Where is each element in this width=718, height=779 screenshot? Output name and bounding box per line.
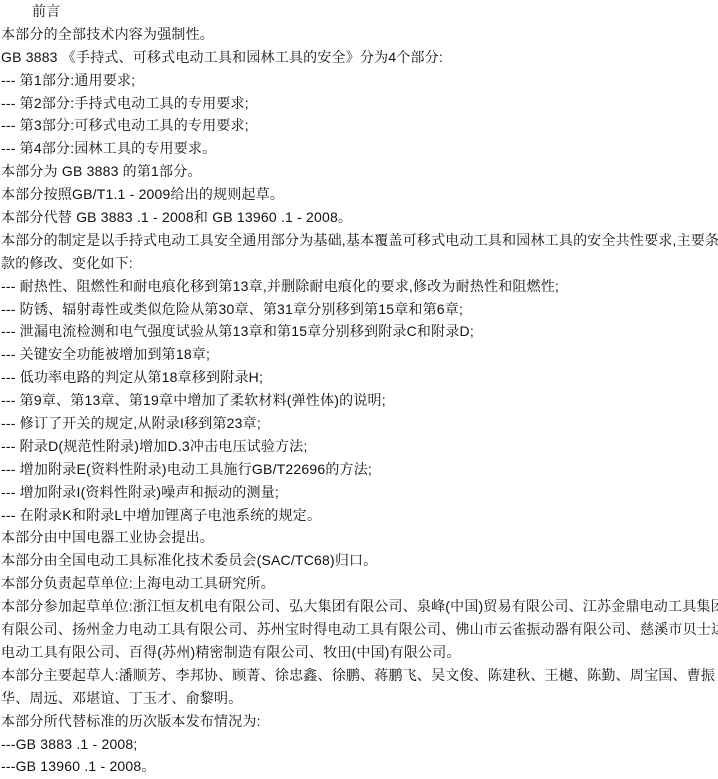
text-line: --- 增加附录I(资料性附录)噪声和振动的测量; bbox=[1, 481, 718, 504]
document: 前言 本部分的全部技术内容为强制性。GB 3883 《手持式、可移式电动工具和园… bbox=[0, 0, 718, 778]
text-line: --- 第1部分:通用要求; bbox=[1, 69, 718, 92]
doc-heading: 前言 bbox=[1, 0, 718, 23]
text-line: 本部分由中国电器工业协会提出。 bbox=[1, 526, 718, 549]
text-line: --- 耐热性、阻燃性和耐电痕化移到第13章,并删除耐电痕化的要求,修改为耐热性… bbox=[1, 275, 718, 298]
text-line: GB 3883 《手持式、可移式电动工具和园林工具的安全》分为4个部分: bbox=[1, 46, 718, 69]
text-line: --- 第2部分:手持式电动工具的专用要求; bbox=[1, 92, 718, 115]
text-line: 款的修改、变化如下: bbox=[1, 252, 718, 275]
text-line: 华、周远、邓堪谊、丁玉才、俞黎明。 bbox=[1, 687, 718, 710]
text-line: --- 增加附录E(资料性附录)电动工具施行GB/T22696的方法; bbox=[1, 458, 718, 481]
text-line: --- 关键安全功能被增加到第18章; bbox=[1, 343, 718, 366]
text-line: 本部分参加起草单位:浙江恒友机电有限公司、弘大集团有限公司、泉峰(中国)贸易有限… bbox=[1, 595, 718, 618]
text-line: --- 第4部分:园林工具的专用要求。 bbox=[1, 137, 718, 160]
text-line: 电动工具有限公司、百得(苏州)精密制造有限公司、牧田(中国)有限公司。 bbox=[1, 641, 718, 664]
text-line: ---GB 3883 .1 - 2008; bbox=[1, 733, 718, 756]
text-line: 本部分按照GB/T1.1 - 2009给出的规则起草。 bbox=[1, 183, 718, 206]
text-line: 本部分的制定是以手持式电动工具安全通用部分为基础,基本覆盖可移式电动工具和园林工… bbox=[1, 229, 718, 252]
text-line: 本部分由全国电动工具标准化技术委员会(SAC/TC68)归口。 bbox=[1, 549, 718, 572]
text-line: --- 在附录K和附录L中增加锂离子电池系统的规定。 bbox=[1, 504, 718, 527]
doc-body: 本部分的全部技术内容为强制性。GB 3883 《手持式、可移式电动工具和园林工具… bbox=[1, 23, 718, 778]
text-line: 有限公司、扬州金力电动工具有限公司、苏州宝时得电动工具有限公司、佛山市云雀振动器… bbox=[1, 618, 718, 641]
text-line: ---GB 13960 .1 - 2008。 bbox=[1, 755, 718, 778]
text-line: --- 第3部分:可移式电动工具的专用要求; bbox=[1, 114, 718, 137]
text-line: --- 低功率电路的判定从第18章移到附录H; bbox=[1, 366, 718, 389]
text-line: --- 附录D(规范性附录)增加D.3冲击电压试验方法; bbox=[1, 435, 718, 458]
text-line: 本部分主要起草人:潘顺芳、李邦协、顾菁、徐忠鑫、徐鹏、蒋鹏飞、吴文俊、陈建秋、王… bbox=[1, 664, 718, 687]
text-line: --- 防锈、辐射毒性或类似危险从第30章、第31章分别移到第15章和第6章; bbox=[1, 298, 718, 321]
text-line: 本部分代替 GB 3883 .1 - 2008和 GB 13960 .1 - 2… bbox=[1, 206, 718, 229]
text-line: 本部分的全部技术内容为强制性。 bbox=[1, 23, 718, 46]
text-line: 本部分负责起草单位:上海电动工具研究所。 bbox=[1, 572, 718, 595]
text-line: --- 第9章、第13章、第19章中增加了柔软材料(弹性体)的说明; bbox=[1, 389, 718, 412]
text-line: 本部分为 GB 3883 的第1部分。 bbox=[1, 160, 718, 183]
text-line: 本部分所代替标准的历次版本发布情况为: bbox=[1, 710, 718, 733]
text-line: --- 修订了开关的规定,从附录I移到第23章; bbox=[1, 412, 718, 435]
text-line: --- 泄漏电流检测和电气强度试验从第13章和第15章分别移到附录C和附录D; bbox=[1, 320, 718, 343]
